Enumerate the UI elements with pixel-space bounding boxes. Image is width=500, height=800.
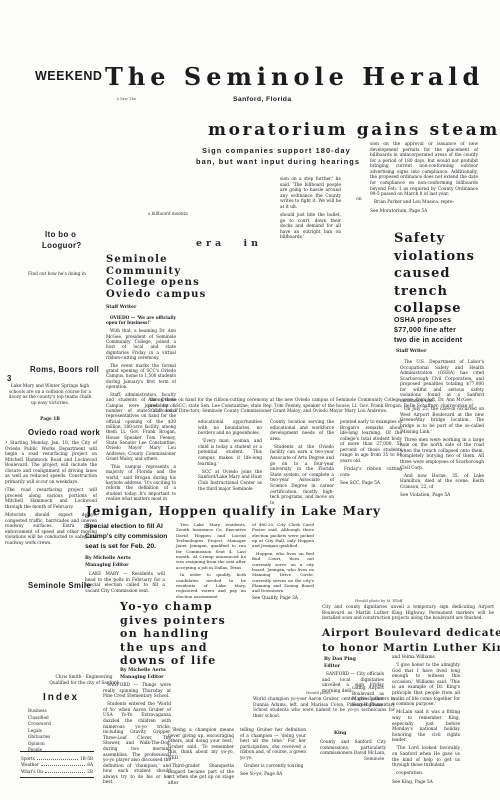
lead-subhead-line2: ban, but want input during hearings [196,157,360,166]
index-page-box: Sports1B-5B Weather8A What's On2B [20,751,94,778]
yoyo-headline-line: downs of life [120,654,226,668]
jemigan-column-a: LAKE MARY — Residents will head to the p… [85,572,165,597]
jump-line-yoyo: See Yo-yo, Page 8A [240,772,306,778]
lead-col1-paragraph: should just bite the bullet, go to court… [280,213,341,241]
rail-teaser1-line2: Looguor? [42,241,82,250]
yoyo-paragraph: Students entered the 'World of Yo' when … [103,702,171,786]
king-paragraph: County and Sanford City commissions, par… [320,740,386,757]
index-title: Index [43,692,79,703]
jump-line-moratorium: See Moratorium, Page 5A [370,209,478,215]
index-box-page: 2B [87,769,93,774]
scc-cont-column-c: pointed early to examples of Brogan's re… [340,420,402,487]
scc-paragraph: County location serving the educational … [270,420,334,442]
lead-col2-paragraph: sion on the approval or issuance of new … [370,142,478,198]
yoyo-headline-line: Yo-yo champ [120,600,226,614]
rail-teaser2-title: Roms, Boors roll [30,365,99,374]
scc-byline: Staff Writer [106,305,136,312]
king-headline: Airport Boulevard dedicated to honor Mar… [322,626,500,656]
yoyo-headline-line: on handling [120,627,226,641]
roadwork-paragraph: (The road resurfacing project will proce… [5,488,97,510]
scc-paragraph: Friday's ribbon cutting com- [340,467,402,478]
scc-paragraph: 'Every man, woman, and child is today a … [198,439,262,467]
lead-col2-paragraph: Brian Parker and Lou Musica, repre- [370,200,478,206]
safety-subhead-line: two die in accident [394,336,462,346]
safety-headline-line: caused [394,265,475,283]
roadwork-title: Oviedo road work [28,428,100,437]
scc-cont-column-a: educational opportunities with no bounda… [198,420,262,495]
yoyo-column-a: SANFORD — Things were really spinning Th… [103,683,171,789]
rail-teaser2-body: Lake Mary and Winter Springs high school… [8,384,92,407]
yoyo-paragraph: SANFORD — Things were really spinning Th… [103,683,171,700]
rail-teaser2-page: Page 1B [8,417,92,423]
newspaper-front-page: WEEKEND The Seminole Herald y hrw The Sa… [0,0,500,800]
jemigan-byline-title: Managing Editor [85,563,131,570]
safety-subhead-line: OSHA proposes [394,316,462,326]
scc-paragraph: With that, a beaming Dr. Ann McGee, pres… [106,328,176,360]
index-box-label: Sports [21,756,35,761]
jump-line-king: See King, Page 5A [392,780,460,786]
dotted-leader [45,771,85,773]
jemigan-subhead: Special election to fill Al Crump's city… [85,522,167,552]
jemigan-paragraph: In order to qualify, both candidates nee… [176,572,246,599]
safety-headline: Safety violations caused trench collapse [394,230,475,318]
scc-headline-line: Community [106,266,206,278]
scc-paragraph: 'This campus represents a majority of Fl… [106,464,176,501]
scc-headline-line: Seminole [106,254,206,266]
king-byline-title: Editor [324,664,356,671]
jump-line-violation: See Violation, Page 5A [400,493,484,499]
jump-line-qualify: See Qualify, Page 3A [252,596,314,602]
safety-paragraph: And now Horne, 35, of Lake Hamilton, die… [400,474,484,491]
scc-paragraph: OVIEDO — 'We are officially open for bus… [106,315,176,326]
king-column-b: and Velma Williams. 'I give honor to the… [392,655,460,785]
king-photo-caption: City and county dignitaries unveil a tem… [322,605,494,622]
king-headline-line: to honor Martin Luther King [322,641,500,656]
king-paragraph: cating Airport Boulevard as Martin Luthe… [352,686,384,708]
yoyo-paragraph: Third-grader Shanquetta Lingard became p… [168,764,234,786]
dotted-leader [37,758,78,760]
safety-paragraph: Three men were working in a large hole o… [400,438,484,471]
jemigan-column-c: of $80.20, City Clerk Carol Foster said.… [252,522,314,602]
king-paragraph: cooperation. [392,771,460,777]
scc-paragraph: SCC at Oviedo joins the Sanford/Lake Mar… [198,470,262,492]
lead-column-2: sion on the approval or issuance of new … [370,142,478,214]
scc-paragraph: pointed early to examples of Brogan's re… [340,420,402,465]
jemigan-byline: By Michelle Aerts Managing Editor [85,556,131,569]
roadwork-body: • Starting Monday, Jan. 18, the City of … [5,441,97,549]
yoyo-paragraph: telling Gruber her definition of a champ… [240,728,306,761]
scc-headline: Seminole Community College opens Oviedo … [106,254,206,300]
king-headline-line: Airport Boulevard dedicated [322,626,500,641]
yoyo-paragraph: 'Being a champion means never giving up,… [168,728,234,761]
king-paragraph: McLain said it was a fitting way to reme… [392,710,460,743]
safety-headline-line: trench [394,283,475,301]
king-section-subhead: King [334,731,346,738]
yoyo-byline-title: Managing Editor [120,675,166,682]
ghost-headline-fragment: era in [196,238,262,249]
scc-headline-line: College opens [106,277,206,289]
safety-subhead-line: $77,000 fine after [394,326,462,336]
jemigan-paragraph: LAKE MARY — Residents will head to the p… [85,572,165,594]
index-box-row: Sports1B-5B [21,756,93,761]
king-byline-name: By Dan Ping [324,657,356,664]
jemigan-headline: Jemigan, Hoppen qualify in Lake Mary [86,504,381,518]
paper-title: The Seminole Herald [105,62,484,91]
jemigan-paragraph: of $80.20, City Clerk Carol Foster said.… [252,522,314,549]
king-stray-fragment: Seminole [364,757,384,762]
rail-teaser1-note: Find out how he's doing in [28,272,88,278]
stray-mark: on [356,197,362,202]
roadwork-paragraph: • Starting Monday, Jan. 18, the City of … [5,441,97,486]
safety-subhead: OSHA proposes $77,000 fine after two die… [394,316,462,346]
safety-headline-line: violations [394,248,475,266]
jemigan-subhead-line: Crump's city commission [85,532,167,542]
safety-paragraph: The U.S. Department of Labor's Occupatio… [400,360,484,405]
lead-subhead-line1: Sign companies support 180-day [202,146,351,155]
lead-column-1: sion on a step further,' he said. 'The b… [280,177,341,244]
yoyo-paragraph: Gruber is currently touring [240,764,306,770]
edge-text-fragment: s billboard moenta [148,211,188,216]
yoyo-headline-line: gives pointers [120,614,226,628]
jemigan-paragraph: Hoppen, who lives on Red Bud Court, does… [252,551,314,594]
jump-line-scc: See SCC, Page 5A [340,481,402,487]
scc-paragraph: The event marks the formal grand opening… [106,363,176,390]
king-paragraph: and Velma Williams. [392,655,460,661]
masthead-tagline: y hrw The [117,96,136,101]
dotted-leader [41,764,86,766]
jemigan-subhead-line: Special election to fill Al [85,522,167,532]
yoyo-headline-line: the ups and [120,641,226,655]
yoyo-headline: Yo-yo champ gives pointers on handling t… [120,600,226,668]
yoyo-column-b: 'Being a champion means never giving up,… [168,728,234,789]
safety-column: The U.S. Department of Labor's Occupatio… [400,360,484,499]
scc-cont-column-b: County location serving the educational … [270,420,334,509]
index-list: Business Classified Crossword Legals Obi… [28,708,83,754]
index-box-row: What's On2B [21,769,93,774]
yoyo-byline-name: By Michelle Aerts [120,668,166,675]
lead-headline: moratorium gains steam [208,120,500,140]
jemigan-paragraph: Two Lake Mary residents, Zenith Insuranc… [176,522,246,570]
scc-paragraph: educational opportunities with no bounda… [198,420,262,437]
index-box-page: 1B-5B [80,756,93,761]
yoyo-byline: By Michelle Aerts Managing Editor [120,668,166,681]
jemigan-subhead-line: seat is set for Feb. 20. [85,542,167,552]
scc-paragraph: Students at the Oviedo facility can earn… [270,445,334,506]
lead-col1-paragraph: sion on a step further,' he said. 'The b… [280,177,341,210]
king-photo-credit: Herald photo by M. Elloff [355,599,403,603]
index-box-row: Weather8A [21,762,93,767]
masthead-location: Sanford, Florida [233,96,292,103]
roadwork-paragraph: Motorists should expect delays, congeste… [5,513,97,546]
jemigan-byline-name: By Michelle Aerts [85,556,131,563]
smile-title: Seminole Smile [28,581,91,590]
jemigan-column-b: Two Lake Mary residents, Zenith Insuranc… [176,522,246,602]
index-box-page: 8A [87,762,93,767]
safety-headline-line: Safety [394,230,475,248]
rail-teaser2-number: 3 [7,374,12,383]
yoyo-column-c: telling Gruber her definition of a champ… [240,728,306,778]
king-column-a-wrap: cating Airport Boulevard as Martin Luthe… [352,686,384,711]
safety-byline: Staff Writer [396,349,426,356]
index-box-label: What's On [21,769,43,774]
edition-label: WEEKEND [35,69,102,83]
rail-teaser1-line1: Ito bo o [45,230,76,239]
index-box-label: Weather [21,762,39,767]
king-paragraph: 'I give honor to the almighty God that I… [392,663,460,708]
king-byline: By Dan Ping Editor [324,657,356,670]
scc-headline-line: Oviedo campus [106,289,206,301]
safety-paragraph: On July 25, the cave-in occurred on West… [400,407,484,435]
king-paragraph: 'The Lord looked favorably on Sanford wh… [392,746,460,768]
